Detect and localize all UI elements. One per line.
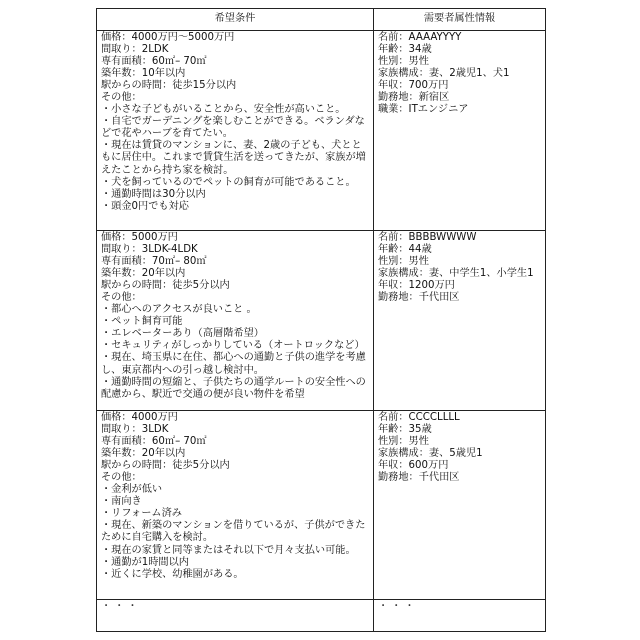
table-row: 価格：5000万円間取り：3LDK-4LDK専有面積：70㎡– 80㎡築年数：2…	[97, 231, 546, 411]
cell-line: 家族構成：妻、中学生1、小学生1	[378, 268, 541, 280]
conditions-cell: 価格：5000万円間取り：3LDK-4LDK専有面積：70㎡– 80㎡築年数：2…	[97, 231, 374, 411]
cell-line: 価格：4000万円	[101, 412, 369, 424]
cell-line: 専有面積：60㎡– 70㎡	[101, 56, 369, 68]
cell-line: 勤務地：千代田区	[378, 472, 541, 484]
cell-line: 駅からの時間：徒歩15分以内	[101, 80, 369, 92]
cell-line: 価格：5000万円	[101, 232, 369, 244]
conditions-cell: 価格：4000万円～5000万円間取り：2LDK専有面積：60㎡– 70㎡築年数…	[97, 31, 374, 231]
cell-line: 年収：600万円	[378, 460, 541, 472]
cell-line: ・現在の家賃と同等またはそれ以下で月々支払い可能。	[101, 545, 369, 557]
continuation-attributes: ・・・	[374, 600, 546, 632]
cell-line: 勤務地：新宿区	[378, 92, 541, 104]
attributes-cell: 名前：CCCCLLLL年齢：35歳性別：男性家族構成：妻、5歳児1年収：600万…	[374, 411, 546, 600]
table-row: 価格：4000万円～5000万円間取り：2LDK専有面積：60㎡– 70㎡築年数…	[97, 31, 546, 231]
cell-line: ・セキュリティがしっかりしている（オートロックなど）	[101, 340, 369, 352]
header-row: 希望条件 需要者属性情報	[97, 9, 546, 31]
cell-line: ・通勤が1時間以内	[101, 557, 369, 569]
cell-line: ・現在は賃貸のマンションに、妻、2歳の子ども、犬とともに居住中。これまで賃貸生活…	[101, 140, 369, 176]
ellipsis-text: ・・・	[101, 601, 141, 612]
cell-line: ・エレベーターあり（高層階希望）	[101, 328, 369, 340]
cell-line: 年齢：44歳	[378, 244, 541, 256]
cell-line: 性別：男性	[378, 436, 541, 448]
cell-line: 性別：男性	[378, 256, 541, 268]
cell-line: 専有面積：70㎡– 80㎡	[101, 256, 369, 268]
cell-line: その他：	[101, 292, 369, 304]
cell-line: 家族構成：妻、5歳児1	[378, 448, 541, 460]
cell-line: 年収：700万円	[378, 80, 541, 92]
cell-line: ・犬を飼っているのでペットの飼育が可能であること。	[101, 177, 369, 189]
cell-line: ・都心へのアクセスが良いこと 。	[101, 304, 369, 316]
cell-line: その他：	[101, 472, 369, 484]
continuation-row: ・・・ ・・・	[97, 600, 546, 632]
cell-line: 築年数：10年以内	[101, 68, 369, 80]
cell-line: 年齢：34歳	[378, 44, 541, 56]
cell-line: 名前：CCCCLLLL	[378, 412, 541, 424]
attributes-cell: 名前：AAAAYYYY年齢：34歳性別：男性家族構成：妻、2歳児1、犬1年収：7…	[374, 31, 546, 231]
cell-line: 駅からの時間：徒歩5分以内	[101, 280, 369, 292]
cell-line: 年齢：35歳	[378, 424, 541, 436]
cell-line: ・通勤時間は30分以内	[101, 189, 369, 201]
cell-line: 間取り：2LDK	[101, 44, 369, 56]
cell-line: ・金利が低い	[101, 484, 369, 496]
cell-line: ・リフォーム済み	[101, 508, 369, 520]
continuation-conditions: ・・・	[97, 600, 374, 632]
cell-line: 家族構成：妻、2歳児1、犬1	[378, 68, 541, 80]
header-attributes: 需要者属性情報	[374, 9, 546, 31]
buyer-requirements-table: 希望条件 需要者属性情報 価格：4000万円～5000万円間取り：2LDK専有面…	[96, 8, 546, 632]
attributes-cell: 名前：BBBBWWWW年齢：44歳性別：男性家族構成：妻、中学生1、小学生1年収…	[374, 231, 546, 411]
cell-line: 駅からの時間：徒歩5分以内	[101, 460, 369, 472]
cell-line: ・近くに学校、幼稚園がある。	[101, 569, 369, 581]
ellipsis-text: ・・・	[378, 601, 418, 612]
cell-line: 職業：ITエンジニア	[378, 104, 541, 116]
cell-line: 年収：1200万円	[378, 280, 541, 292]
cell-line: ・現在、新築のマンションを借りているが、子供ができたために自宅購入を検討。	[101, 520, 369, 544]
table-row: 価格：4000万円間取り：3LDK専有面積：60㎡– 70㎡築年数：20年以内駅…	[97, 411, 546, 600]
cell-line: ・自宅でガーデニングを楽しむことができる。ベランダなどで花やハーブを育てたい。	[101, 116, 369, 140]
cell-line: 性別：男性	[378, 56, 541, 68]
cell-line: ・小さな子どもがいることから、安全性が高いこと。	[101, 104, 369, 116]
cell-line: 名前：BBBBWWWW	[378, 232, 541, 244]
cell-line: ・頭金0円でも対応	[101, 201, 369, 213]
cell-line: ・通勤時間の短縮と、子供たちの通学ルートの安全性への配慮から、駅近で交通の便が良…	[101, 377, 369, 401]
cell-line: 間取り：3LDK-4LDK	[101, 244, 369, 256]
header-conditions: 希望条件	[97, 9, 374, 31]
cell-line: 専有面積：60㎡– 70㎡	[101, 436, 369, 448]
cell-line: ・南向き	[101, 496, 369, 508]
cell-line: 価格：4000万円～5000万円	[101, 32, 369, 44]
cell-line: 名前：AAAAYYYY	[378, 32, 541, 44]
cell-line: 勤務地：千代田区	[378, 292, 541, 304]
conditions-cell: 価格：4000万円間取り：3LDK専有面積：60㎡– 70㎡築年数：20年以内駅…	[97, 411, 374, 600]
cell-line: 築年数：20年以内	[101, 268, 369, 280]
cell-line: ・現在、埼玉県に在住、都心への通勤と子供の進学を考慮し、東京都内への引っ越し検討…	[101, 352, 369, 376]
cell-line: その他：	[101, 92, 369, 104]
cell-line: 築年数：20年以内	[101, 448, 369, 460]
cell-line: ・ペット飼育可能	[101, 316, 369, 328]
cell-line: 間取り：3LDK	[101, 424, 369, 436]
